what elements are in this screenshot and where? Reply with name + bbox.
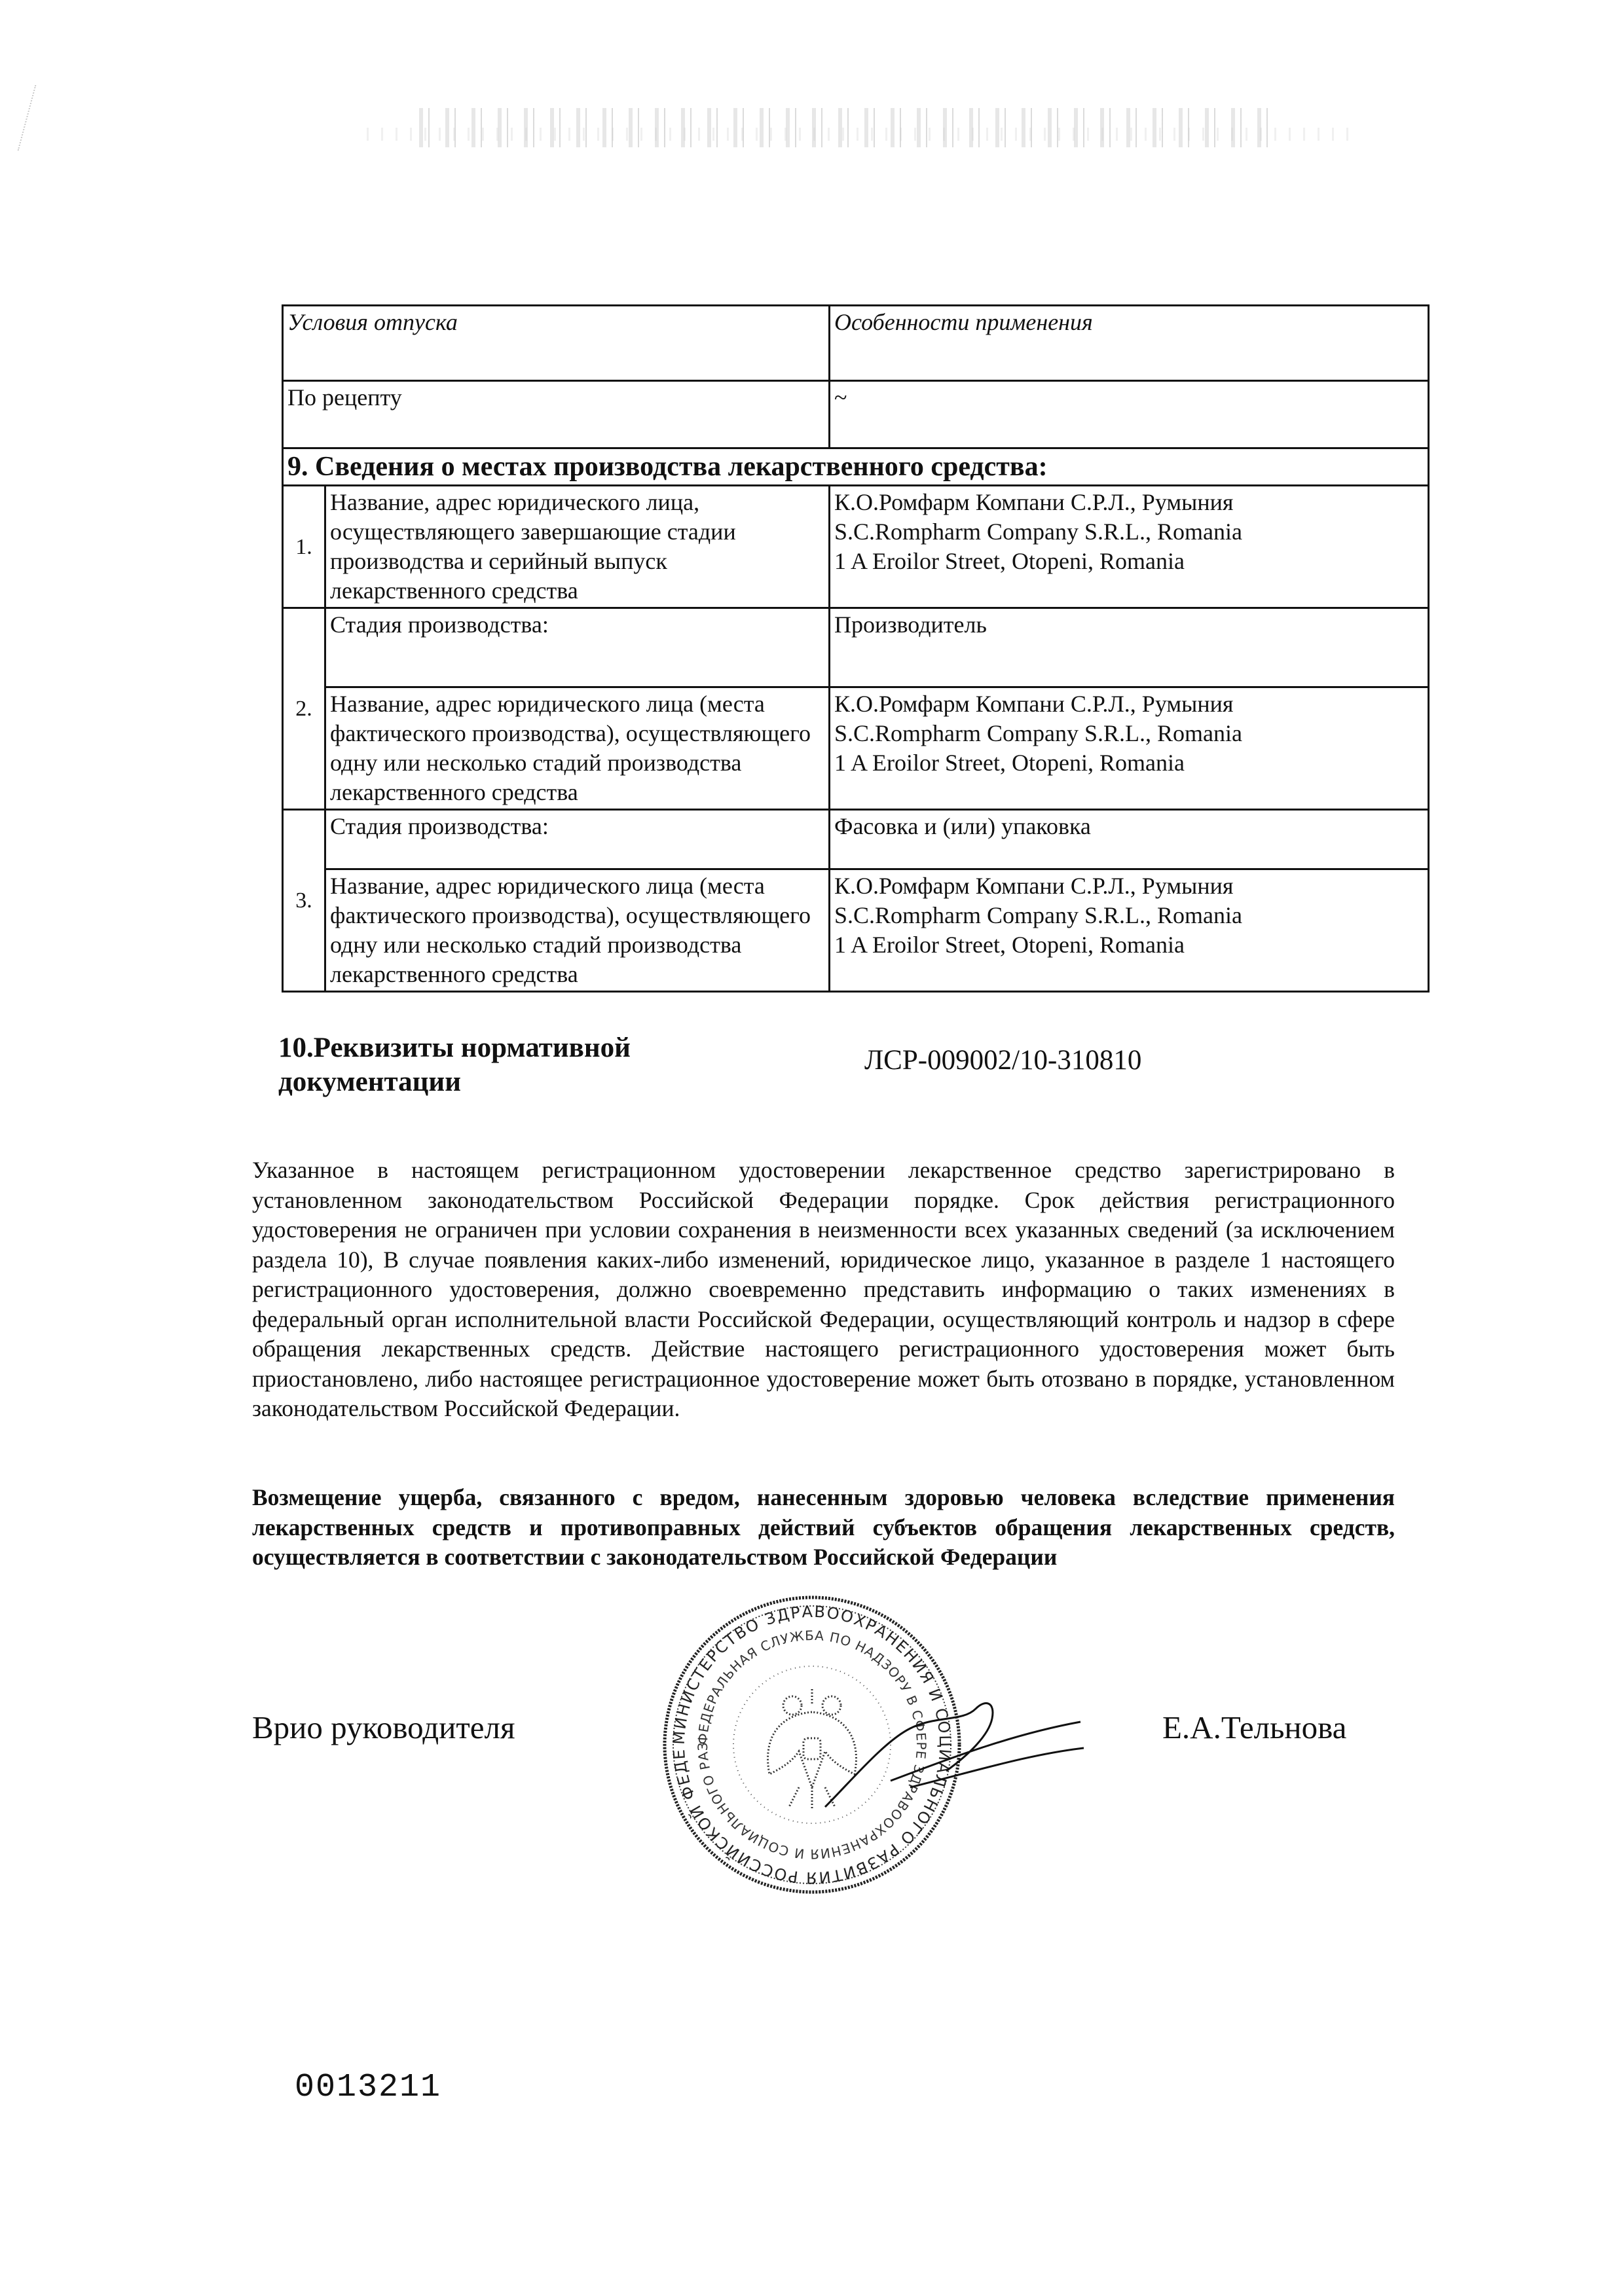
- table-row: 1. Название, адрес юридического лица, ос…: [283, 486, 1429, 608]
- company-address: 1 A Eroilor Street, Otopeni, Romania: [834, 748, 1424, 778]
- scan-artifact-corner: [18, 85, 83, 151]
- table-row: Название, адрес юридического лица (места…: [283, 869, 1429, 992]
- section-9-row: 9. Сведения о местах производства лекарс…: [283, 448, 1429, 486]
- dispensing-conditions-header: Условия отпуска: [283, 306, 830, 381]
- handwritten-signature-icon: [812, 1683, 1087, 1813]
- site-company: К.О.Ромфарм Компани С.Р.Л., Румыния S.C.…: [830, 486, 1429, 608]
- damages-notice-paragraph: Возмещение ущерба, связанного с вредом, …: [252, 1483, 1395, 1573]
- site-company: К.О.Ромфарм Компани С.Р.Л., Румыния S.C.…: [830, 869, 1429, 992]
- section-9-title: 9. Сведения о местах производства лекарс…: [283, 448, 1429, 486]
- usage-features-header: Особенности применения: [830, 306, 1429, 381]
- dispensing-row: По рецепту ~: [283, 381, 1429, 448]
- scan-artifact-top-2: [367, 128, 1349, 141]
- site-label: Название, адрес юридического лица (места…: [325, 869, 830, 992]
- table-row-stage: 2. Стадия производства: Производитель: [283, 608, 1429, 687]
- table-header-row: Условия отпуска Особенности применения: [283, 306, 1429, 381]
- form-serial-number: 0013211: [295, 2069, 441, 2106]
- registration-notice-paragraph: Указанное в настоящем регистрационном уд…: [252, 1156, 1395, 1424]
- site-number: 3.: [283, 810, 325, 992]
- company-name-en: S.C.Rompharm Company S.R.L., Romania: [834, 901, 1424, 930]
- site-number: 2.: [283, 608, 325, 810]
- company-name-ru: К.О.Ромфарм Компани С.Р.Л., Румыния: [834, 689, 1424, 719]
- stage-label: Стадия производства:: [325, 810, 830, 869]
- usage-features-value: ~: [830, 381, 1429, 448]
- stage-label: Стадия производства:: [325, 608, 830, 687]
- table-row-stage: 3. Стадия производства: Фасовка и (или) …: [283, 810, 1429, 869]
- site-company: К.О.Ромфарм Компани С.Р.Л., Румыния S.C.…: [830, 687, 1429, 810]
- company-name-en: S.C.Rompharm Company S.R.L., Romania: [834, 719, 1424, 748]
- site-label: Название, адрес юридического лица, осуще…: [325, 486, 830, 608]
- section-10-title: 10.Реквизиты нормативной документации: [278, 1031, 684, 1099]
- site-number: 1.: [283, 486, 325, 608]
- company-address: 1 A Eroilor Street, Otopeni, Romania: [834, 930, 1424, 960]
- stage-value: Фасовка и (или) упаковка: [830, 810, 1429, 869]
- signatory-name: Е.А.Тельнова: [1162, 1709, 1346, 1746]
- company-name-en: S.C.Rompharm Company S.R.L., Romania: [834, 517, 1424, 547]
- table-row: Название, адрес юридического лица (места…: [283, 687, 1429, 810]
- dispensing-conditions-value: По рецепту: [283, 381, 830, 448]
- company-name-ru: К.О.Ромфарм Компани С.Р.Л., Румыния: [834, 871, 1424, 901]
- registration-number: ЛСР-009002/10-310810: [864, 1044, 1141, 1076]
- company-name-ru: К.О.Ромфарм Компани С.Р.Л., Румыния: [834, 488, 1424, 517]
- stage-value: Производитель: [830, 608, 1429, 687]
- signatory-title: Врио руководителя: [252, 1709, 515, 1746]
- site-label: Название, адрес юридического лица (места…: [325, 687, 830, 810]
- registration-table: Условия отпуска Особенности применения П…: [282, 304, 1430, 993]
- company-address: 1 A Eroilor Street, Otopeni, Romania: [834, 547, 1424, 576]
